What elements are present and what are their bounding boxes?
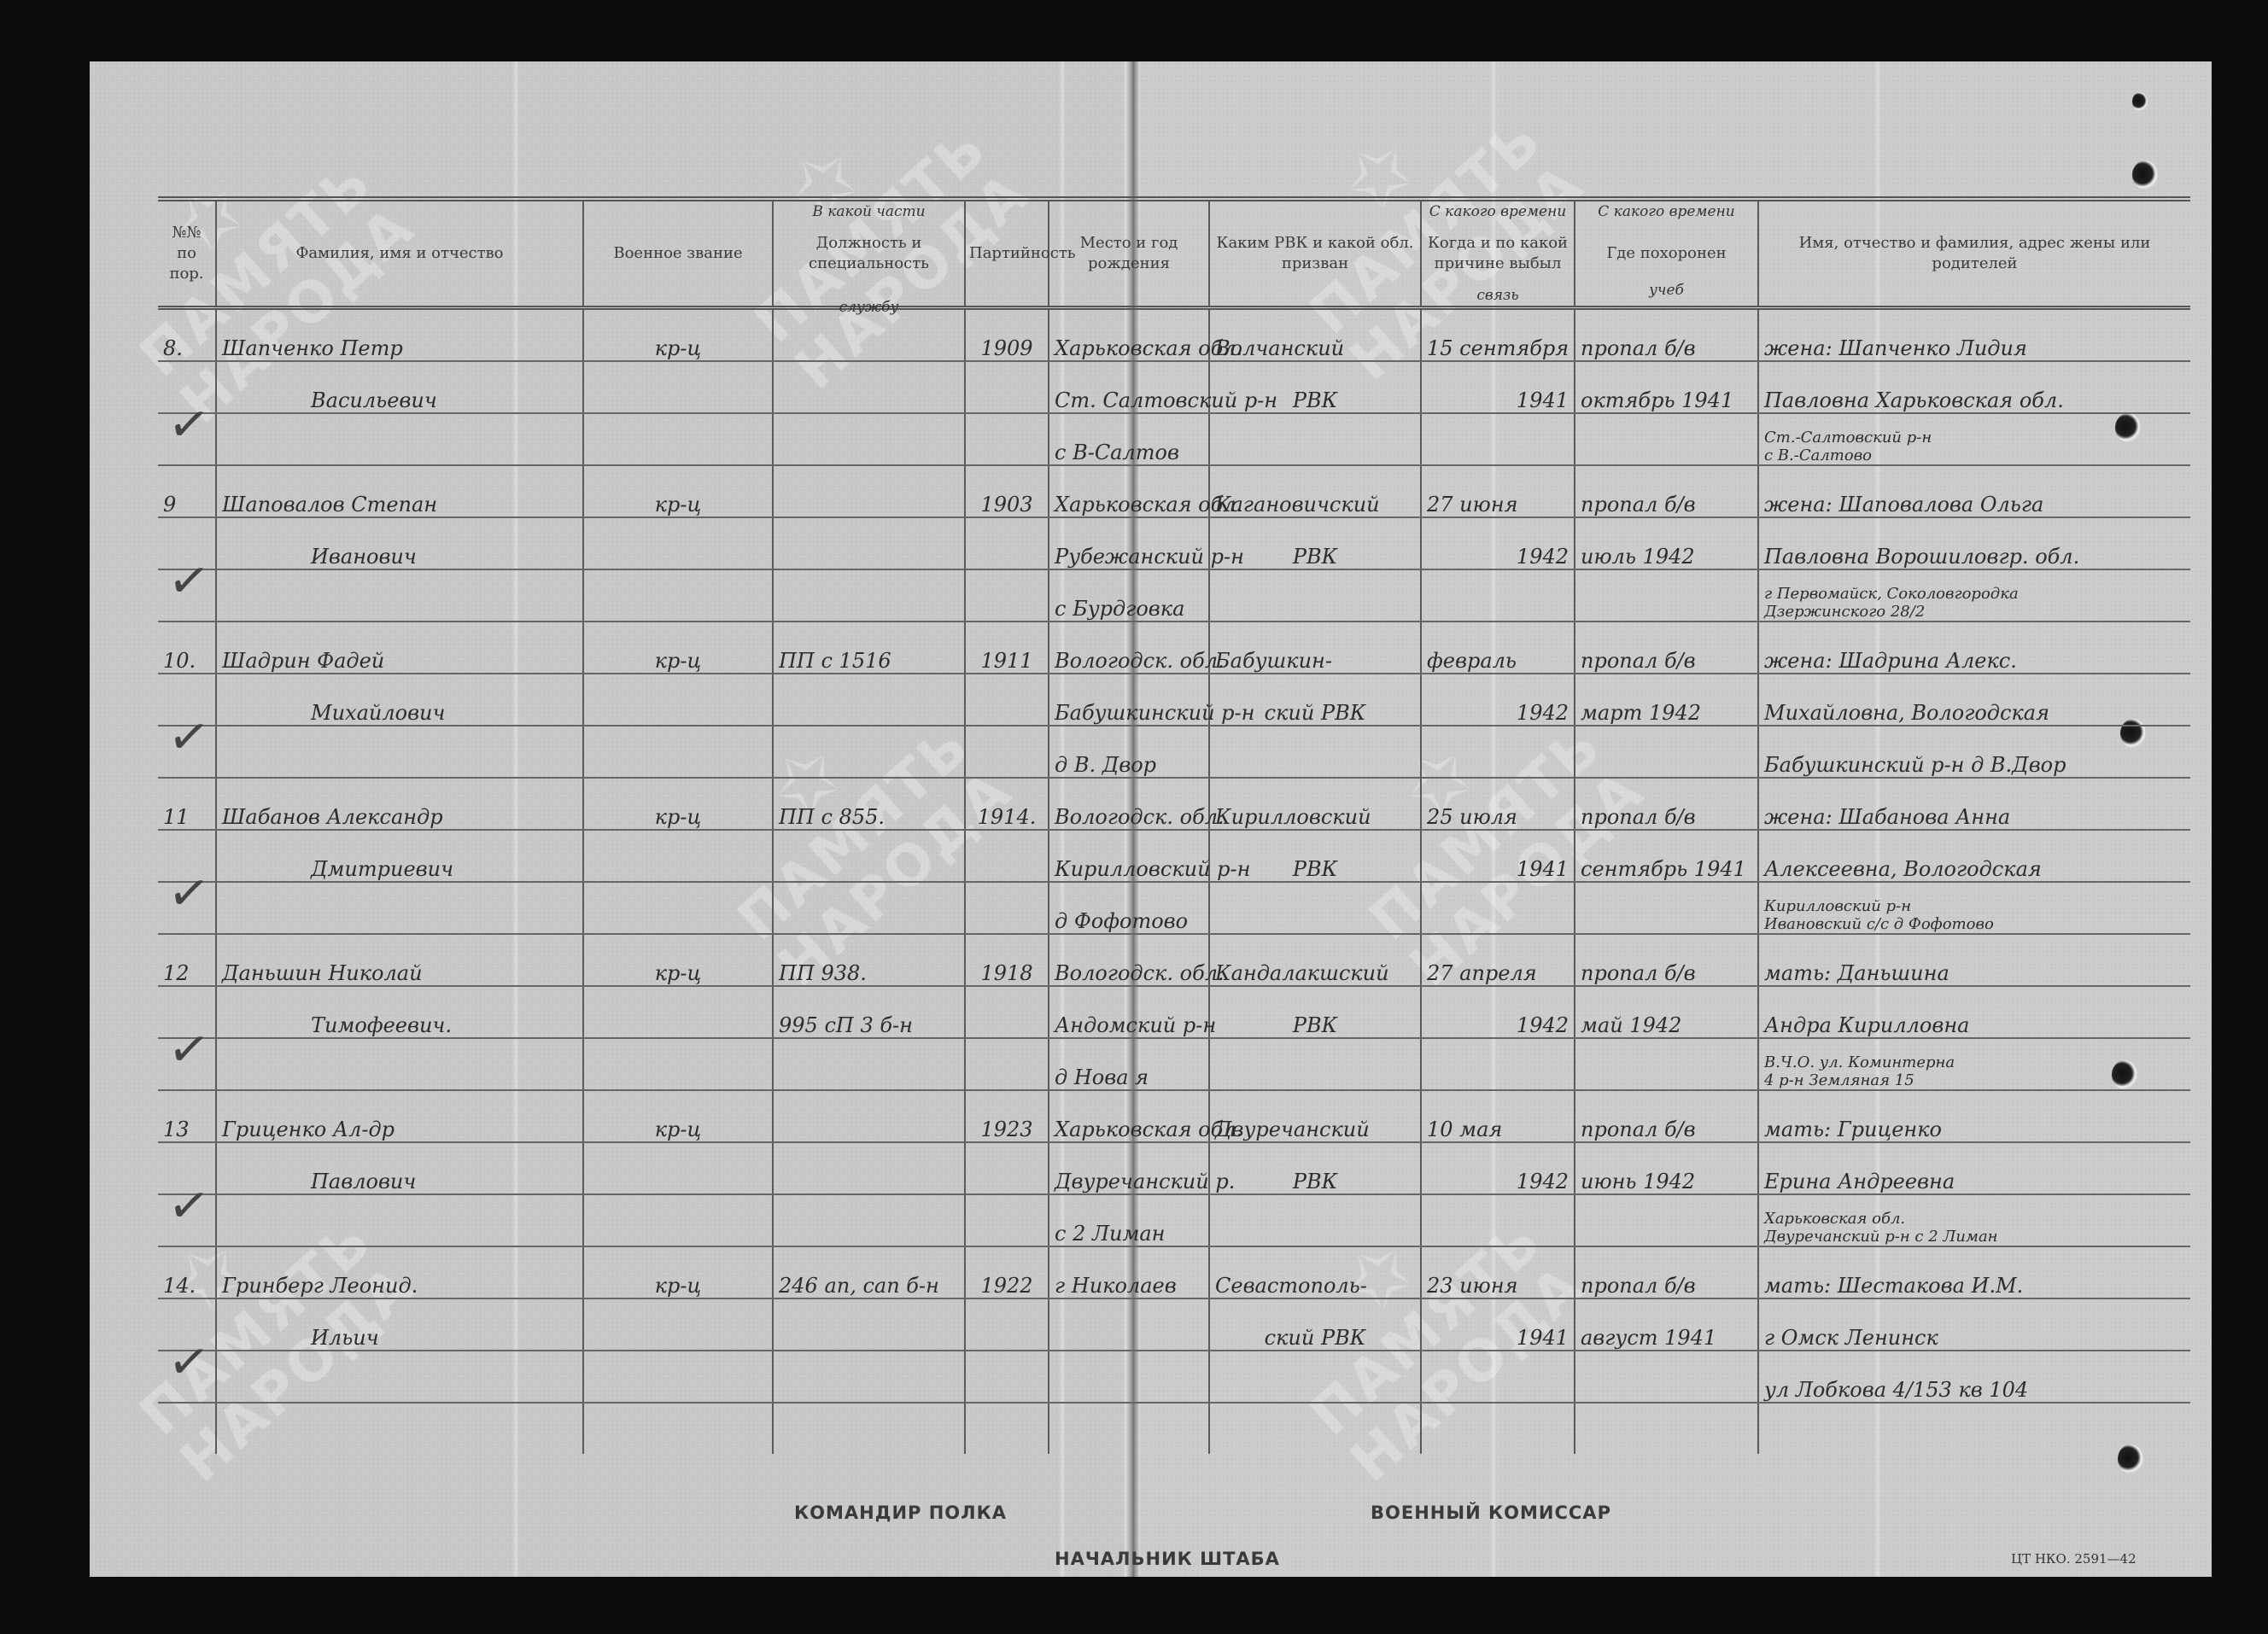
table-row: 11Шабанов Александркр-цПП с 855.1914.Вол… [158, 778, 2190, 830]
record-lost-date [1421, 726, 1575, 778]
record-birthplace: д Нова я [1049, 1038, 1209, 1090]
record-lost-date [1421, 1194, 1575, 1246]
table-row-continuation: с В-СалтовСт.-Салтовский р-нс В.-Салтово [158, 413, 2190, 465]
record-rank: кр-ц [583, 465, 773, 517]
record-name: Тимофеевич. [216, 986, 583, 1038]
record-rank [583, 726, 773, 778]
record-birthplace: с В-Салтов [1049, 413, 1209, 465]
empty-cell [1758, 1403, 2190, 1454]
record-number: ✓ [158, 830, 216, 882]
form-code: ЦТ НКО. 2591—42 [2011, 1551, 2136, 1567]
record-burial [1575, 1194, 1758, 1246]
record-relatives: г Омск Ленинск [1758, 1298, 2190, 1351]
record-party [965, 1298, 1049, 1351]
table-row-continuation: с 2 ЛиманХарьковская обл.Двуречанский р-… [158, 1194, 2190, 1246]
record-lost-date [1421, 413, 1575, 465]
record-rank [583, 413, 773, 465]
record-unit: 995 сП 3 б-н [773, 986, 965, 1038]
record-name: Гринберг Леонид. [216, 1246, 583, 1298]
record-rank: кр-ц [583, 778, 773, 830]
record-rank [583, 1351, 773, 1403]
record-name: Васильевич [216, 361, 583, 413]
record-unit: ПП 938. [773, 934, 965, 986]
empty-cell [158, 1403, 216, 1454]
record-party [965, 674, 1049, 726]
record-relatives: жена: Шабанова Анна [1758, 778, 2190, 830]
record-birthplace: Вологодск. обл. [1049, 778, 1209, 830]
record-unit [773, 413, 965, 465]
record-relatives: Павловна Ворошиловгр. обл. [1758, 517, 2190, 569]
record-number: ✓ [158, 1298, 216, 1351]
record-party [965, 1351, 1049, 1403]
record-relatives: Андра Кирилловна [1758, 986, 2190, 1038]
table-row: 13Гриценко Ал-дркр-ц1923Харьковская обл.… [158, 1090, 2190, 1142]
record-lost-date: 15 сентября [1421, 308, 1575, 362]
record-number: 12 [158, 934, 216, 986]
record-number: 13 [158, 1090, 216, 1142]
record-party [965, 1038, 1049, 1090]
record-name [216, 726, 583, 778]
record-birthplace: Харьковская обл. [1049, 465, 1209, 517]
personnel-loss-table: №№ по пор. Фамилия, имя и отчество Военн… [158, 196, 2190, 1454]
record-birthplace: Рубежанский р-н [1049, 517, 1209, 569]
record-burial [1575, 569, 1758, 622]
record-burial: июль 1942 [1575, 517, 1758, 569]
record-lost-date: 1942 [1421, 674, 1575, 726]
record-rvk: Кандалакшский [1209, 934, 1421, 986]
record-relatives: г Первомайск, СоколовгородкаДзержинского… [1758, 569, 2190, 622]
col-header-party: Партийность [965, 199, 1049, 308]
record-burial: пропал б/в [1575, 622, 1758, 674]
record-burial: март 1942 [1575, 674, 1758, 726]
record-number: ✓ [158, 986, 216, 1038]
empty-cell [216, 1403, 583, 1454]
record-unit [773, 1142, 965, 1194]
record-party [965, 361, 1049, 413]
record-birthplace: Вологодск. обл. [1049, 622, 1209, 674]
relatives-line: Ивановский с/с д Фофотово [1764, 915, 2185, 933]
record-relatives: Павловна Харьковская обл. [1758, 361, 2190, 413]
handwritten-annotation: учеб [1575, 280, 1757, 301]
record-lost-date [1421, 1351, 1575, 1403]
record-lost-date: 1941 [1421, 1298, 1575, 1351]
record-burial: сентябрь 1941 [1575, 830, 1758, 882]
handwritten-annotation: В какой части [774, 201, 964, 222]
empty-cell [773, 1403, 965, 1454]
record-party [965, 986, 1049, 1038]
record-unit [773, 726, 965, 778]
record-name: Шабанов Александр [216, 778, 583, 830]
col-header-birthplace: Место и год рождения [1049, 199, 1209, 308]
table-row-blank [158, 1403, 2190, 1454]
record-unit: ПП с 855. [773, 778, 965, 830]
record-number: 9 [158, 465, 216, 517]
record-party: 1911 [965, 622, 1049, 674]
record-unit [773, 1038, 965, 1090]
document-page: ✩ПАМЯТЬНАРОДА ✩ПАМЯТЬНАРОДА ✩ПАМЯТЬНАРОД… [90, 61, 2212, 1577]
record-rvk: Волчанский [1209, 308, 1421, 362]
punch-hole [2132, 160, 2158, 190]
record-rvk: Кагановичский [1209, 465, 1421, 517]
record-rank [583, 569, 773, 622]
record-unit [773, 882, 965, 934]
record-burial [1575, 1351, 1758, 1403]
record-rank [583, 1038, 773, 1090]
record-rank: кр-ц [583, 934, 773, 986]
record-rvk: Бабушкин- [1209, 622, 1421, 674]
empty-cell [1575, 1403, 1758, 1454]
relatives-line: В.Ч.О. ул. Коминтерна [1764, 1053, 2185, 1071]
relatives-line: Двуречанский р-н с 2 Лиман [1764, 1228, 2185, 1246]
record-party [965, 413, 1049, 465]
record-number: 11 [158, 778, 216, 830]
record-burial: пропал б/в [1575, 1246, 1758, 1298]
record-unit [773, 465, 965, 517]
record-party: 1923 [965, 1090, 1049, 1142]
table-row-continuation: д Нова яВ.Ч.О. ул. Коминтерна4 р-н Земля… [158, 1038, 2190, 1090]
record-relatives: Алексеевна, Вологодская [1758, 830, 2190, 882]
record-party: 1918 [965, 934, 1049, 986]
record-lost-date [1421, 882, 1575, 934]
record-party [965, 882, 1049, 934]
record-birthplace: с 2 Лиман [1049, 1194, 1209, 1246]
record-rank [583, 986, 773, 1038]
record-burial [1575, 882, 1758, 934]
record-rank: кр-ц [583, 1090, 773, 1142]
checkmark-icon: ✓ [165, 705, 214, 768]
table-row: 10.Шадрин Фадейкр-цПП с 15161911Вологодс… [158, 622, 2190, 674]
record-name: Шадрин Фадей [216, 622, 583, 674]
table-row-continuation: ✓Ильичский РВК1941август 1941г Омск Лени… [158, 1298, 2190, 1351]
record-unit [773, 1090, 965, 1142]
record-burial [1575, 413, 1758, 465]
record-party: 1903 [965, 465, 1049, 517]
record-rvk [1209, 413, 1421, 465]
record-relatives: В.Ч.О. ул. Коминтерна4 р-н Земляная 15 [1758, 1038, 2190, 1090]
record-relatives: Бабушкинский р-н д В.Двор [1758, 726, 2190, 778]
record-lost-date: 23 июня [1421, 1246, 1575, 1298]
record-relatives: Ерина Андреевна [1758, 1142, 2190, 1194]
record-relatives: жена: Шапченко Лидия [1758, 308, 2190, 362]
record-burial: октябрь 1941 [1575, 361, 1758, 413]
record-lost-date: 25 июля [1421, 778, 1575, 830]
record-rank: кр-ц [583, 308, 773, 362]
table-header: №№ по пор. Фамилия, имя и отчество Военн… [158, 199, 2190, 308]
record-rank [583, 830, 773, 882]
record-rank: кр-ц [583, 1246, 773, 1298]
record-birthplace: д В. Двор [1049, 726, 1209, 778]
record-birthplace: д Фофотово [1049, 882, 1209, 934]
relatives-line: Ст.-Салтовский р-н [1764, 429, 2185, 446]
table-row-continuation: ✓ПавловичДвуречанский р.РВК1942июнь 1942… [158, 1142, 2190, 1194]
record-relatives: Михайловна, Вологодская [1758, 674, 2190, 726]
empty-cell [583, 1403, 773, 1454]
record-unit [773, 674, 965, 726]
record-lost-date: 1941 [1421, 830, 1575, 882]
record-lost-date: февраль [1421, 622, 1575, 674]
signature-label-chief-of-staff: НАЧАЛЬНИК ШТАБА [1055, 1549, 1280, 1569]
record-number: 14. [158, 1246, 216, 1298]
record-rvk [1209, 1351, 1421, 1403]
col-header-buried: С какого времени Где похоронен учеб [1575, 199, 1758, 308]
table-row-continuation: ✓ИвановичРубежанский р-нРВК1942июль 1942… [158, 517, 2190, 569]
record-relatives: Кирилловский р-нИвановский с/с д Фофотов… [1758, 882, 2190, 934]
record-name [216, 569, 583, 622]
record-burial [1575, 1038, 1758, 1090]
record-lost-date [1421, 569, 1575, 622]
record-burial: август 1941 [1575, 1298, 1758, 1351]
record-birthplace [1049, 1351, 1209, 1403]
handwritten-annotation: связь [1422, 285, 1574, 306]
record-rank [583, 517, 773, 569]
record-birthplace: Ст. Салтовский р-н [1049, 361, 1209, 413]
handwritten-annotation: С какого времени [1422, 201, 1574, 222]
record-name: Михайлович [216, 674, 583, 726]
record-name: Павлович [216, 1142, 583, 1194]
table-row-continuation: ✓ДмитриевичКирилловский р-нРВК1941сентяб… [158, 830, 2190, 882]
record-name: Ильич [216, 1298, 583, 1351]
table-row-continuation: ул Лобкова 4/153 кв 104 [158, 1351, 2190, 1403]
record-number: ✓ [158, 517, 216, 569]
record-unit: 246 ап, сап б-н [773, 1246, 965, 1298]
record-party: 1914. [965, 778, 1049, 830]
record-birthplace: Харьковская обл. [1049, 308, 1209, 362]
empty-cell [1049, 1403, 1209, 1454]
record-birthplace [1049, 1298, 1209, 1351]
record-rank: кр-ц [583, 622, 773, 674]
record-rank [583, 882, 773, 934]
record-party [965, 1194, 1049, 1246]
record-name: Иванович [216, 517, 583, 569]
relatives-line: Дзержинского 28/2 [1764, 603, 2185, 621]
record-name: Дмитриевич [216, 830, 583, 882]
record-rank [583, 1142, 773, 1194]
record-relatives: мать: Гриценко [1758, 1090, 2190, 1142]
record-rank [583, 361, 773, 413]
record-birthplace: г Николаев [1049, 1246, 1209, 1298]
record-lost-date: 1942 [1421, 517, 1575, 569]
record-birthplace: Андомский р-н [1049, 986, 1209, 1038]
record-burial: пропал б/в [1575, 465, 1758, 517]
table-row-continuation: ✓ВасильевичСт. Салтовский р-нРВК1941октя… [158, 361, 2190, 413]
record-lost-date: 10 мая [1421, 1090, 1575, 1142]
relatives-line: ул Лобкова 4/153 кв 104 [1764, 1378, 2185, 1402]
record-burial: май 1942 [1575, 986, 1758, 1038]
record-relatives: мать: Шестакова И.М. [1758, 1246, 2190, 1298]
col-header-name: Фамилия, имя и отчество [216, 199, 583, 308]
record-relatives: жена: Шаповалова Ольга [1758, 465, 2190, 517]
record-relatives: ул Лобкова 4/153 кв 104 [1758, 1351, 2190, 1403]
record-relatives: мать: Даньшина [1758, 934, 2190, 986]
record-unit: ПП с 1516 [773, 622, 965, 674]
record-name [216, 882, 583, 934]
empty-cell [1421, 1403, 1575, 1454]
checkmark-icon: ✓ [165, 549, 214, 612]
relatives-line: г Первомайск, Соколовгородка [1764, 585, 2185, 603]
table-row: 8.Шапченко Петркр-ц1909Харьковская обл.В… [158, 308, 2190, 362]
record-name [216, 1038, 583, 1090]
record-name [216, 413, 583, 465]
record-number: 8. [158, 308, 216, 362]
record-rvk [1209, 726, 1421, 778]
empty-cell [1209, 1403, 1421, 1454]
col-header-rank: Военное звание [583, 199, 773, 308]
record-rvk: Кирилловский [1209, 778, 1421, 830]
record-number: 10. [158, 622, 216, 674]
col-header-when-lost: С какого времени Когда и по какой причин… [1421, 199, 1575, 308]
signature-label-commander: КОМАНДИР ПОЛКА [794, 1503, 1007, 1523]
record-rvk [1209, 569, 1421, 622]
record-party: 1909 [965, 308, 1049, 362]
record-lost-date: 1942 [1421, 986, 1575, 1038]
record-burial: пропал б/в [1575, 778, 1758, 830]
record-rvk [1209, 1194, 1421, 1246]
record-party [965, 830, 1049, 882]
table-row: 12Даньшин Николайкр-цПП 938.1918Вологодс… [158, 934, 2190, 986]
record-unit [773, 1298, 965, 1351]
empty-cell [965, 1403, 1049, 1454]
record-burial: июнь 1942 [1575, 1142, 1758, 1194]
record-name: Шапченко Петр [216, 308, 583, 362]
record-birthplace: Вологодск. обл. [1049, 934, 1209, 986]
relatives-line: Кирилловский р-н [1764, 897, 2185, 915]
checkmark-icon: ✓ [165, 1018, 214, 1081]
record-party [965, 517, 1049, 569]
record-rvk [1209, 882, 1421, 934]
record-burial: пропал б/в [1575, 308, 1758, 362]
checkmark-icon: ✓ [165, 393, 214, 456]
record-rvk: РВК [1209, 1142, 1421, 1194]
record-name: Даньшин Николай [216, 934, 583, 986]
table-row-continuation: д В. ДворБабушкинский р-н д В.Двор [158, 726, 2190, 778]
checkmark-icon: ✓ [165, 861, 214, 925]
record-rank [583, 1298, 773, 1351]
col-header-rvk: Каким РВК и какой обл. призван [1209, 199, 1421, 308]
table-row: 14.Гринберг Леонид.кр-ц246 ап, сап б-н19… [158, 1246, 2190, 1298]
record-party [965, 726, 1049, 778]
record-burial [1575, 726, 1758, 778]
record-name: Шаповалов Степан [216, 465, 583, 517]
record-birthplace: с Бурдговка [1049, 569, 1209, 622]
handwritten-annotation: службу [774, 297, 964, 318]
record-lost-date: 27 апреля [1421, 934, 1575, 986]
relatives-line: Бабушкинский р-н д В.Двор [1764, 753, 2185, 777]
record-relatives: Харьковская обл.Двуречанский р-н с 2 Лим… [1758, 1194, 2190, 1246]
checkmark-icon: ✓ [165, 1330, 214, 1393]
table-row: 9Шаповалов Степанкр-ц1903Харьковская обл… [158, 465, 2190, 517]
col-header-position: В какой части Должность и специальность … [773, 199, 965, 308]
record-birthplace: Харьковская обл. [1049, 1090, 1209, 1142]
record-birthplace: Двуречанский р. [1049, 1142, 1209, 1194]
col-header-relatives: Имя, отчество и фамилия, адрес жены или … [1758, 199, 2190, 308]
record-number: ✓ [158, 361, 216, 413]
record-burial: пропал б/в [1575, 1090, 1758, 1142]
record-unit [773, 830, 965, 882]
record-name [216, 1194, 583, 1246]
relatives-line: 4 р-н Земляная 15 [1764, 1071, 2185, 1089]
record-rvk: Севастополь- [1209, 1246, 1421, 1298]
record-rank [583, 1194, 773, 1246]
signature-label-commissar: ВОЕННЫЙ КОМИССАР [1371, 1503, 1611, 1523]
record-burial: пропал б/в [1575, 934, 1758, 986]
record-relatives: Ст.-Салтовский р-нс В.-Салтово [1758, 413, 2190, 465]
handwritten-annotation: С какого времени [1575, 201, 1757, 222]
record-rank [583, 674, 773, 726]
record-number: ✓ [158, 674, 216, 726]
table-row-continuation: ✓Тимофеевич.995 сП 3 б-нАндомский р-нРВК… [158, 986, 2190, 1038]
record-party: 1922 [965, 1246, 1049, 1298]
table-row-continuation: с Бурдговкаг Первомайск, СоколовгородкаД… [158, 569, 2190, 622]
record-lost-date: 1942 [1421, 1142, 1575, 1194]
relatives-line: с В.-Салтово [1764, 446, 2185, 464]
record-rvk [1209, 1038, 1421, 1090]
record-rvk: ский РВК [1209, 1298, 1421, 1351]
record-name: Гриценко Ал-др [216, 1090, 583, 1142]
record-lost-date [1421, 1038, 1575, 1090]
record-unit [773, 1351, 965, 1403]
record-party [965, 569, 1049, 622]
record-unit [773, 1194, 965, 1246]
record-lost-date: 1941 [1421, 361, 1575, 413]
record-birthplace: Бабушкинский р-н [1049, 674, 1209, 726]
record-party [965, 1142, 1049, 1194]
record-rvk: РВК [1209, 986, 1421, 1038]
record-unit [773, 569, 965, 622]
col-header-number: №№ по пор. [158, 199, 216, 308]
record-relatives: жена: Шадрина Алекс. [1758, 622, 2190, 674]
record-lost-date: 27 июня [1421, 465, 1575, 517]
record-name [216, 1351, 583, 1403]
record-unit [773, 361, 965, 413]
table-row-continuation: д ФофотовоКирилловский р-нИвановский с/с… [158, 882, 2190, 934]
record-unit [773, 517, 965, 569]
table-row-continuation: ✓МихайловичБабушкинский р-нский РВК1942м… [158, 674, 2190, 726]
record-number: ✓ [158, 1142, 216, 1194]
checkmark-icon: ✓ [165, 1174, 214, 1237]
relatives-line: Харьковская обл. [1764, 1210, 2185, 1228]
record-birthplace: Кирилловский р-н [1049, 830, 1209, 882]
punch-hole [2132, 92, 2148, 111]
record-rvk: Двуречанский [1209, 1090, 1421, 1142]
